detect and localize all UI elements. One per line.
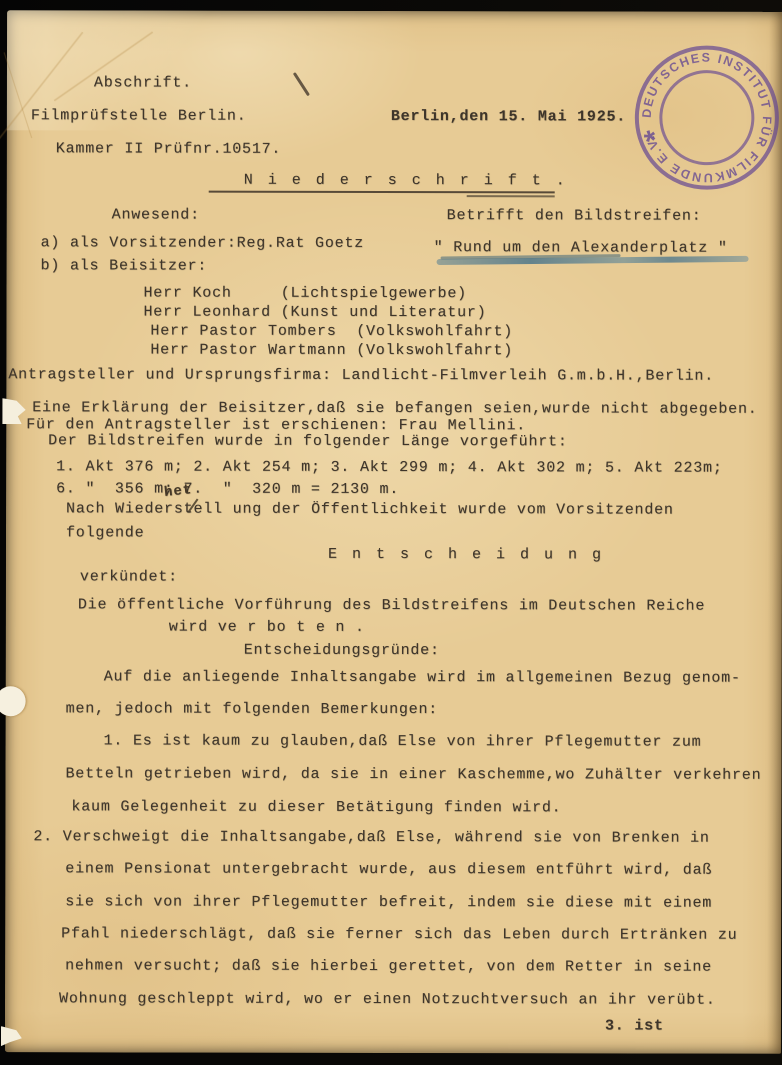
- verdict-line-2: wird ve r bo t e n .: [169, 619, 365, 637]
- chairman-line: a) als Vorsitzender:Reg.Rat Goetz: [41, 234, 364, 253]
- assessor-name: Herr Pastor Wartmann (Volkswohlfahrt): [150, 341, 513, 360]
- document-title: N i e d e r s c h r i f t .: [244, 172, 568, 191]
- restore-publicity-line-2: folgende: [66, 524, 144, 542]
- point2-line: Pfahl niederschlägt, daß sie ferner sich…: [61, 925, 737, 944]
- place-date: Berlin,den 15. Mai 1925.: [391, 108, 626, 126]
- applicant-line: Antragsteller und Ursprungsfirma: Landli…: [8, 366, 714, 385]
- point2-line: sie sich von ihrer Pflegemutter befreit,…: [65, 893, 712, 912]
- title-underline-tail: [467, 195, 555, 197]
- chamber-number: Kammer II Prüfnr.10517.: [56, 140, 281, 158]
- present-label: Anwesend:: [112, 206, 200, 224]
- point2-line: einem Pensionat untergebracht wurde, aus…: [65, 860, 712, 879]
- grounds-intro-line: Auf die anliegende Inhaltsangabe wird im…: [104, 668, 741, 687]
- point1-line: kaum Gelegenheit zu dieser Betätigung fi…: [71, 798, 561, 817]
- stamp-text: DEUTSCHES INSTITUT FÜR FILMKUNDE E.V.: [627, 37, 782, 197]
- office-name: Filmprüfstelle Berlin.: [31, 107, 247, 125]
- grounds-intro-line: men, jedoch mit folgenden Bemerkungen:: [66, 700, 439, 719]
- point2-line: nehmen versucht; daß sie hierbei gerette…: [65, 957, 712, 976]
- point1-line: 1. Es ist kaum zu glauben,daß Else von i…: [104, 732, 702, 751]
- copy-label: Abschrift.: [94, 74, 192, 92]
- document-page: Abschrift. Filmprüfstelle Berlin. Berlin…: [5, 10, 782, 1054]
- point2-line: Wohnung geschleppt wird, wo er einen Not…: [59, 990, 716, 1009]
- svg-text:DEUTSCHES INSTITUT FÜR FILMKUN: DEUTSCHES INSTITUT FÜR FILMKUNDE E.V.: [627, 37, 782, 197]
- act-lengths-line-1: 1. Akt 376 m; 2. Akt 254 m; 3. Akt 299 m…: [56, 458, 723, 477]
- restore-publicity-line: Nach Wiederstell ung der Öffentlichkeit …: [66, 500, 674, 519]
- decision-heading: E n t s c h e i d u n g: [328, 546, 604, 565]
- scanned-document: Abschrift. Filmprüfstelle Berlin. Berlin…: [0, 0, 782, 1065]
- handwritten-correction: het: [163, 482, 193, 501]
- assessor-name: Herr Koch (Lichtspielgewerbe): [143, 284, 466, 303]
- assessors-label: b) als Beisitzer:: [41, 257, 208, 275]
- edge-tear: [1, 1026, 23, 1046]
- pen-check-mark: [293, 72, 310, 96]
- screening-length-line: Der Bildstreifen wurde in folgender Läng…: [48, 432, 568, 451]
- point1-line: Betteln getrieben wird, da sie in einer …: [65, 765, 761, 784]
- point2-line: 2. Verschweigt die Inhaltsangabe,daß Els…: [33, 828, 709, 847]
- catchword: 3. ist: [605, 1017, 664, 1035]
- verdict-line-1: Die öffentliche Vorführung des Bildstrei…: [78, 596, 705, 615]
- act-lengths-line-2: 6. " 356 m; 7. " 320 m = 2130 m.: [56, 480, 399, 499]
- hole-punch: [0, 686, 26, 716]
- subject-label: Betrifft den Bildstreifen:: [447, 207, 702, 226]
- edge-tear: [2, 398, 28, 424]
- title-underline: [209, 191, 555, 194]
- grounds-heading: Entscheidungsgründe:: [244, 642, 440, 660]
- circular-institute-stamp-icon: DEUTSCHES INSTITUT FÜR FILMKUNDE E.V. *: [627, 37, 782, 197]
- assessor-name: Herr Leonhard (Kunst und Literatur): [143, 303, 486, 322]
- assessor-name: Herr Pastor Tombers (Volkswohlfahrt): [150, 322, 513, 341]
- announced-label: verkündet:: [80, 568, 178, 586]
